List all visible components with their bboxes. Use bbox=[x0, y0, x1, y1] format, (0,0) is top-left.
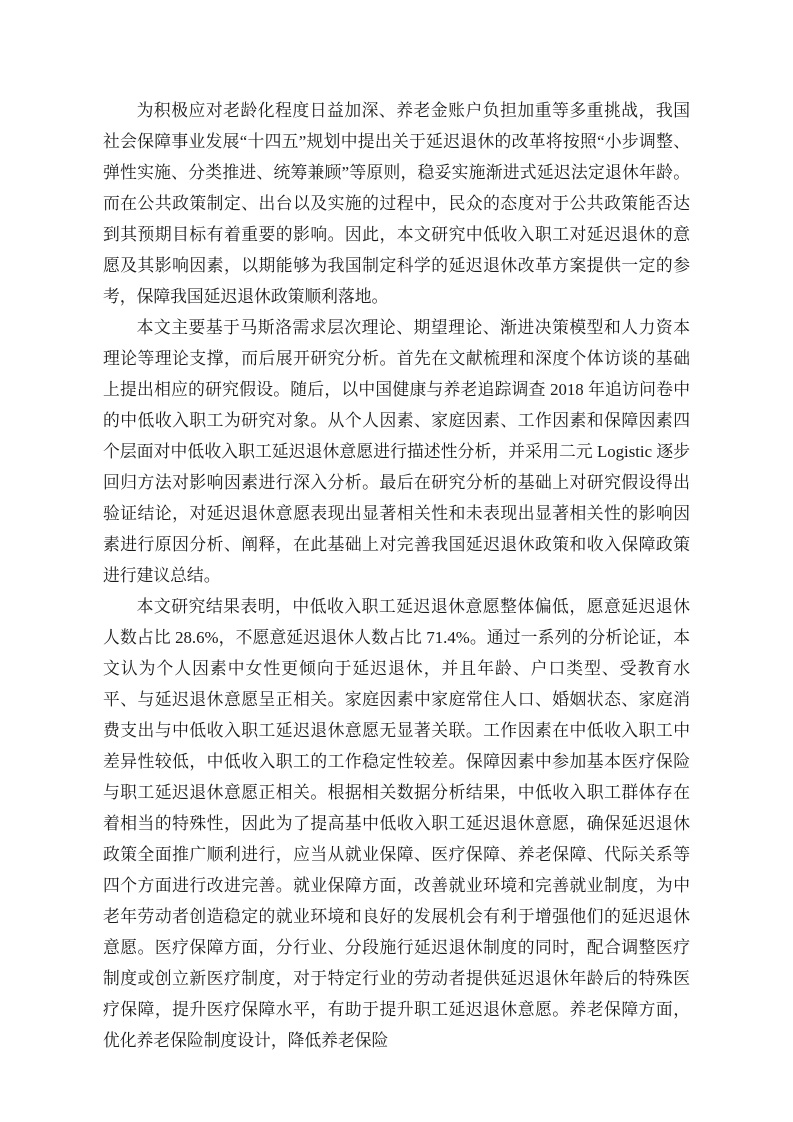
abstract-paragraph-1: 为积极应对老龄化程度日益加深、养老金账户负担加重等多重挑战，我国社会保障事业发展… bbox=[103, 95, 690, 312]
abstract-paragraph-2: 本文主要基于马斯洛需求层次理论、期望理论、渐进决策模型和人力资本理论等理论支撑，… bbox=[103, 312, 690, 591]
document-page: 为积极应对老龄化程度日益加深、养老金账户负担加重等多重挑战，我国社会保障事业发展… bbox=[0, 0, 793, 1122]
abstract-text-block: 为积极应对老龄化程度日益加深、养老金账户负担加重等多重挑战，我国社会保障事业发展… bbox=[103, 95, 690, 1056]
abstract-paragraph-3: 本文研究结果表明，中低收入职工延迟退休意愿整体偏低，愿意延迟退休人数占比 28.… bbox=[103, 591, 690, 1056]
